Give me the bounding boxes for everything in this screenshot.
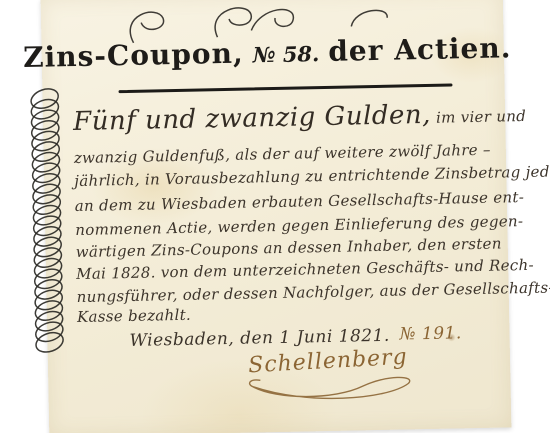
signature-flourish — [236, 373, 437, 407]
serial-number: № 191. — [399, 323, 462, 344]
document-header: Zins-Coupon, № 58. der Actien. — [41, 31, 502, 82]
body-line-1-tail: im vier und — [436, 107, 526, 127]
coil-edge-decoration — [25, 86, 68, 355]
header-coupon-number: № 58. — [252, 41, 319, 67]
header-title-right: der Actien. — [328, 31, 512, 68]
amount-text: Fünf und zwanzig Gulden, — [73, 100, 431, 137]
header-rule — [119, 83, 453, 93]
header-title-left: Zins-Coupon, — [23, 37, 244, 74]
coupon-document: Zins-Coupon, № 58. der Actien. Fünf und … — [41, 0, 512, 433]
body-line-1: Fünf und zwanzig Gulden, im vier und — [73, 99, 472, 139]
scan-background: Zins-Coupon, № 58. der Actien. Fünf und … — [0, 0, 550, 433]
